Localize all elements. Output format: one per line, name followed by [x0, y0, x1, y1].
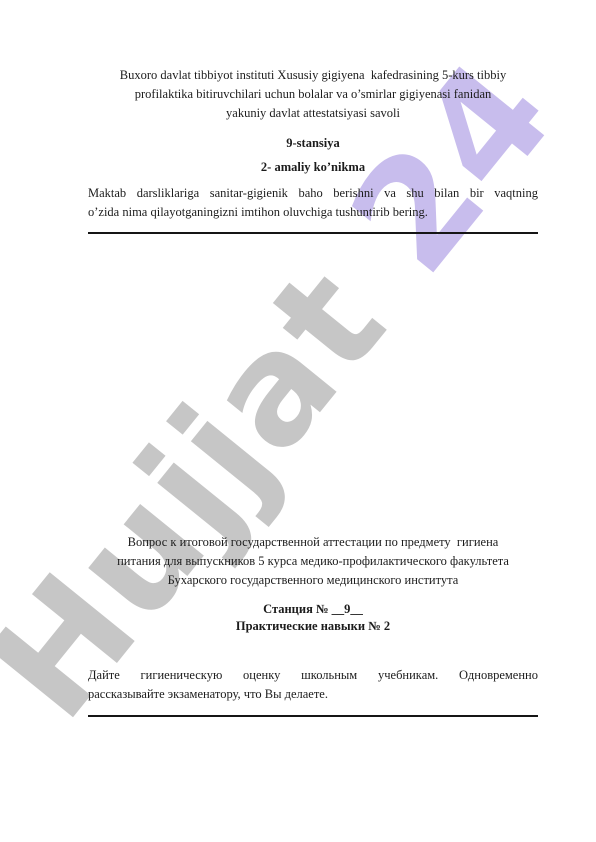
document-page: Hujjat 24 Buxoro davlat tibbiyot institu…	[0, 0, 596, 842]
russian-task-paragraph: Дайте гигиеническую оценку школьным учеб…	[88, 666, 538, 704]
uzbek-task-paragraph: Maktab darsliklariga sanitar-gigienik ba…	[88, 184, 538, 222]
russian-intro-paragraph: Вопрос к итоговой государственной аттест…	[88, 533, 538, 590]
uzbek-station-heading: 9-stansiya	[88, 134, 538, 153]
horizontal-divider-top	[88, 232, 538, 234]
uzbek-intro-paragraph: Buxoro davlat tibbiyot instituti Xususiy…	[88, 66, 538, 123]
uzbek-skill-heading: 2- amaliy ko’nikma	[88, 158, 538, 177]
document-content: Buxoro davlat tibbiyot instituti Xususiy…	[88, 0, 538, 717]
russian-station-heading: Станция № __9__	[88, 601, 538, 618]
horizontal-divider-bottom	[88, 715, 538, 717]
russian-skill-heading: Практические навыки № 2	[88, 618, 538, 635]
